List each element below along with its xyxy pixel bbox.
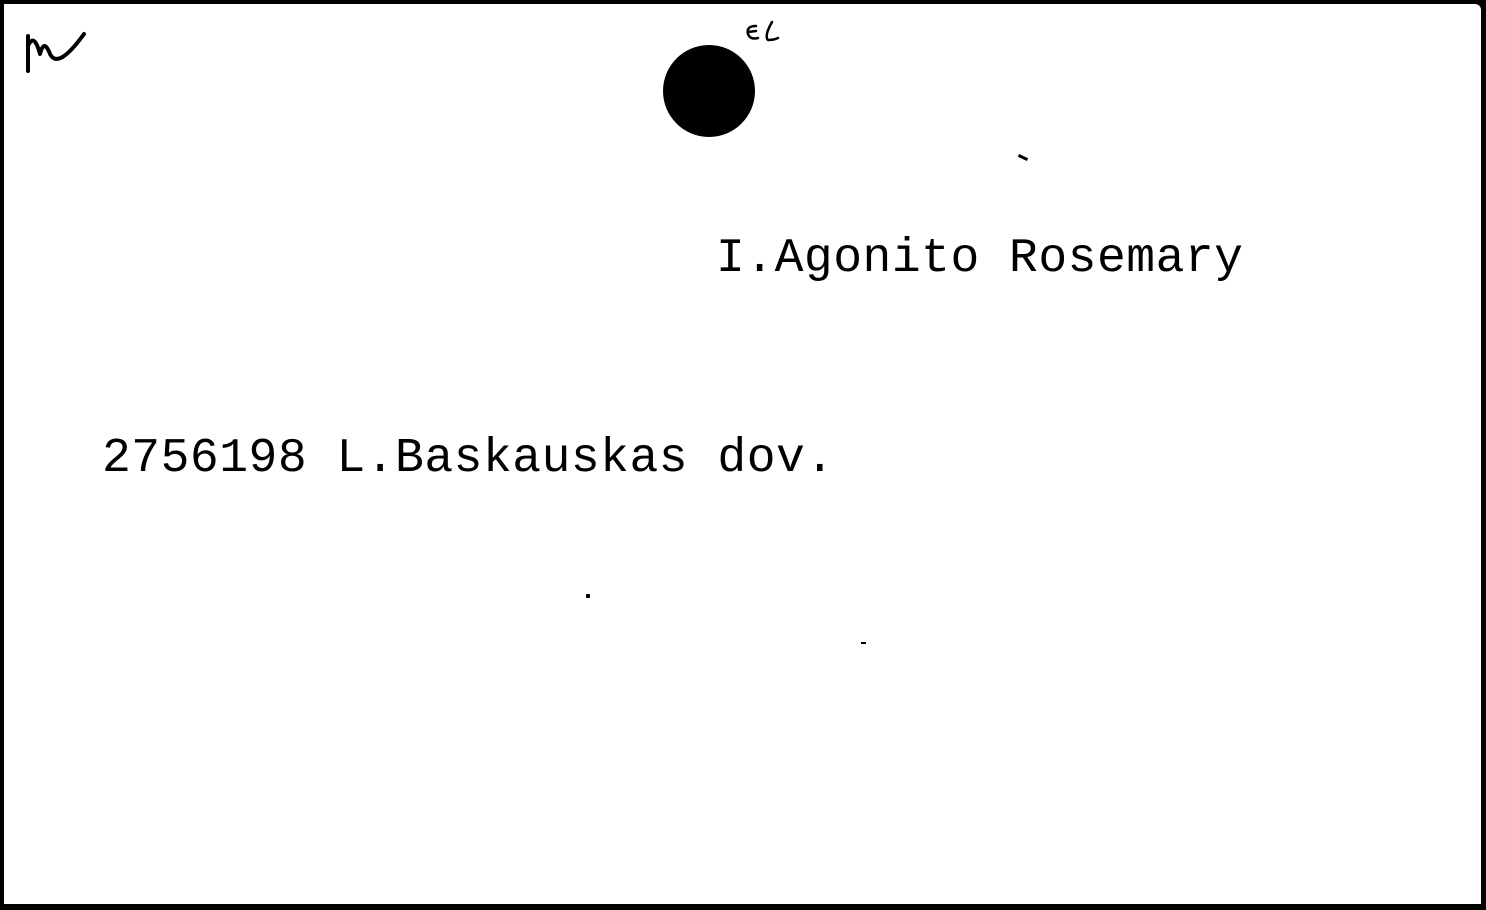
punch-hole — [663, 45, 755, 137]
index-card: I.Agonito Rosemary 2756198 L.Baskauskas … — [4, 4, 1481, 904]
handwritten-initials-mark — [24, 26, 94, 76]
handwritten-code — [744, 20, 784, 46]
scan-speck — [1018, 154, 1028, 161]
record-entry: 2756198 L.Baskauskas dov. — [102, 432, 835, 486]
scan-speck — [586, 594, 590, 598]
scan-speck — [861, 642, 866, 644]
subject-name: I.Agonito Rosemary — [716, 232, 1243, 286]
handwritten-code-mark — [744, 20, 784, 46]
handwritten-initials — [24, 26, 94, 76]
